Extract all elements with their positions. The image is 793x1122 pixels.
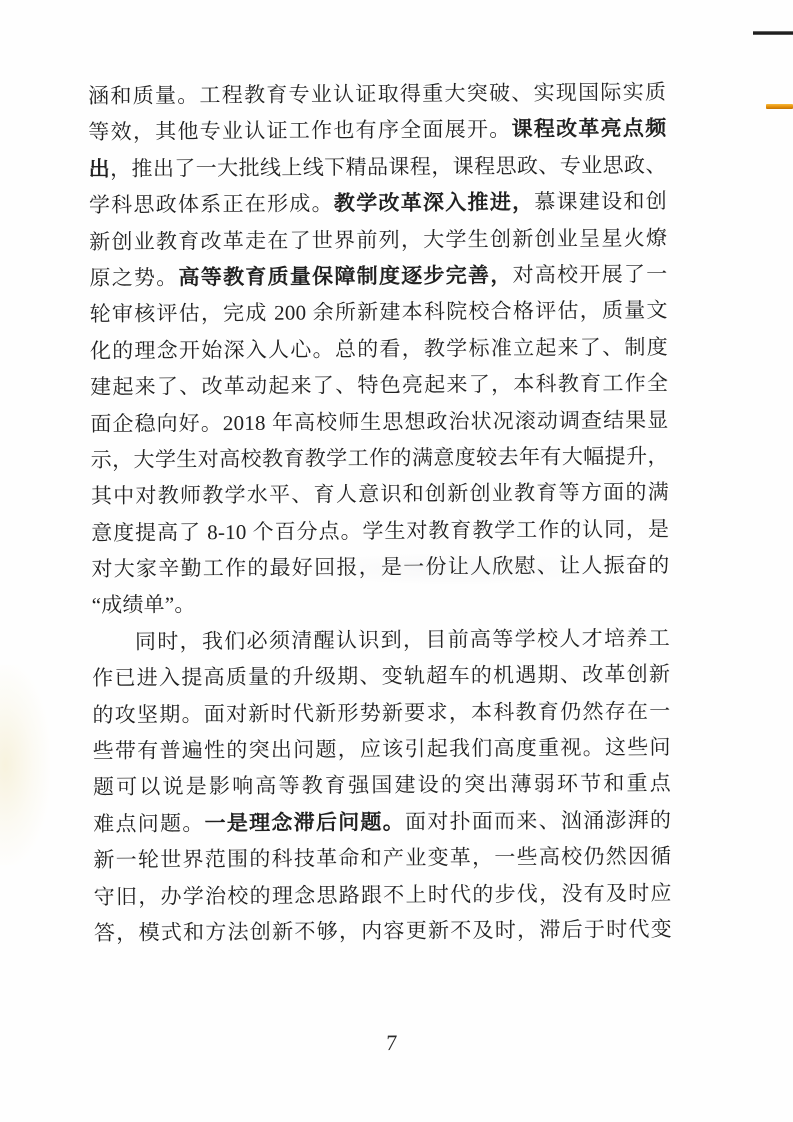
text-line: 原之势。高等教育质量保障制度逐步完善，对高校开展了一	[89, 256, 667, 296]
text-line: 答，模式和方法创新不够，内容更新不及时，滞后于时代变	[94, 911, 672, 951]
body-text: 对大家辛勤工作的最好回报，是一份让人欣慰、让人振奋的	[91, 553, 669, 581]
text-line: 作已进入提高质量的升级期、变轨超车的机遇期、改革创新	[92, 656, 670, 696]
text-line: 其中对教师教学水平、育人意识和创新创业教育等方面的满	[91, 474, 669, 514]
text-line: 轮审核评估，完成 200 余所新建本科院校合格评估，质量文	[90, 292, 668, 332]
body-text: 学科思政体系正在形成。	[89, 191, 334, 217]
text-line: 意度提高了 8-10 个百分点。学生对教育教学工作的认同，是	[91, 511, 669, 551]
text-line: 化的理念开始深入人心。总的看，教学标准立起来了、制度	[90, 329, 668, 369]
text-line: 些带有普遍性的突出问题，应该引起我们高度重视。这些问	[93, 729, 671, 769]
text-line: 新一轮世界范围的科技革命和产业变革，一些高校仍然因循	[93, 838, 671, 878]
text-line: 的攻坚期。面对新时代新形势新要求，本科教育仍然存在一	[92, 693, 670, 733]
body-text: 涵和质量。工程教育专业认证取得重大突破、实现国际实质	[88, 80, 666, 108]
body-text: 慕课建设和创	[534, 189, 667, 214]
body-text: 轮审核评估，完成 200 余所新建本科院校合格评估，质量文	[90, 298, 668, 326]
body-text: 守旧，办学治校的理念思路跟不上时代的步伐，没有及时应	[94, 881, 672, 909]
body-text: ，推出了一大批线上线下精品课程，课程思政、专业思政、	[110, 153, 667, 181]
emphasis-text: 一是理念滞后问题。	[204, 810, 405, 835]
body-text: 同时，我们必须清醒认识到，目前高等学校人才培养工	[135, 626, 670, 654]
body-text: 面对扑面而来、汹涌澎湃的	[405, 808, 671, 834]
text-line: 等效，其他专业认证工作也有序全面展开。课程改革亮点频	[88, 110, 666, 150]
text-line: 对大家辛勤工作的最好回报，是一份让人欣慰、让人振奋的	[91, 547, 669, 587]
scan-smudge-left-edge	[0, 665, 50, 865]
text-line: “成绩单”。	[92, 583, 670, 623]
body-text: 作已进入提高质量的升级期、变轨超车的机遇期、改革创新	[92, 662, 670, 690]
body-text: 题可以说是影响高等教育强国建设的突出薄弱环节和重点	[93, 771, 671, 799]
text-line: 涵和质量。工程教育专业认证取得重大突破、实现国际实质	[88, 74, 666, 114]
text-line: 守旧，办学治校的理念思路跟不上时代的步伐，没有及时应	[94, 875, 672, 915]
page-number: 7	[0, 1023, 784, 1063]
body-text: 化的理念开始深入人心。总的看，教学标准立起来了、制度	[90, 335, 668, 363]
body-text: 意度提高了 8-10 个百分点。学生对教育教学工作的认同，是	[91, 517, 669, 545]
text-line: 建起来了、改革动起来了、特色亮起来了，本科教育工作全	[90, 365, 668, 405]
text-line: 面企稳向好。2018 年高校师生思想政治状况滚动调查结果显	[90, 401, 668, 441]
body-text: 些带有普遍性的突出问题，应该引起我们高度重视。这些问	[93, 735, 671, 763]
text-line: 难点问题。一是理念滞后问题。面对扑面而来、汹涌澎湃的	[93, 802, 671, 842]
body-text: 新一轮世界范围的科技革命和产业变革，一些高校仍然因循	[93, 844, 671, 872]
scanned-document-page: 涵和质量。工程教育专业认证取得重大突破、实现国际实质等效，其他专业认证工作也有序…	[0, 0, 793, 1122]
body-text: 原之势。	[89, 265, 178, 290]
text-line: 新创业教育改革走在了世界前列，大学生创新创业呈星火燎	[89, 220, 667, 260]
body-text: 等效，其他专业认证工作也有序全面展开。	[88, 117, 511, 144]
body-text: 的攻坚期。面对新时代新形势新要求，本科教育仍然存在一	[92, 699, 670, 727]
text-line: 出，推出了一大批线上线下精品课程，课程思政、专业思政、	[89, 147, 667, 187]
emphasis-text: 出	[89, 157, 111, 181]
document-body-text: 涵和质量。工程教育专业认证取得重大突破、实现国际实质等效，其他专业认证工作也有序…	[88, 74, 672, 951]
emphasis-text: 高等教育质量保障制度逐步完善，	[178, 263, 512, 289]
text-line: 学科思政体系正在形成。教学改革深入推进，慕课建设和创	[89, 183, 667, 223]
body-text: 面企稳向好。2018 年高校师生思想政治状况滚动调查结果显	[90, 407, 668, 435]
body-text: “成绩单”。	[92, 593, 196, 618]
body-text: 新创业教育改革走在了世界前列，大学生创新创业呈星火燎	[89, 226, 667, 254]
emphasis-text: 课程改革亮点频	[511, 116, 666, 141]
body-text: 建起来了、改革动起来了、特色亮起来了，本科教育工作全	[90, 371, 668, 399]
body-text: 其中对教师教学水平、育人意识和创新创业教育等方面的满	[91, 480, 669, 508]
body-text: 示，大学生对高校教育教学工作的满意度较去年有大幅提升，	[91, 444, 669, 472]
body-text: 对高校开展了一	[512, 262, 667, 287]
body-text: 难点问题。	[93, 811, 205, 836]
scan-mark-black-bar	[753, 31, 793, 35]
text-line: 同时，我们必须清醒认识到，目前高等学校人才培养工	[92, 620, 670, 660]
text-line: 题可以说是影响高等教育强国建设的突出薄弱环节和重点	[93, 765, 671, 805]
emphasis-text: 教学改革深入推进，	[334, 190, 535, 215]
text-line: 示，大学生对高校教育教学工作的满意度较去年有大幅提升，	[91, 438, 669, 478]
scan-mark-orange-bar	[766, 104, 793, 109]
body-text: 答，模式和方法创新不够，内容更新不及时，滞后于时代变	[94, 917, 672, 945]
